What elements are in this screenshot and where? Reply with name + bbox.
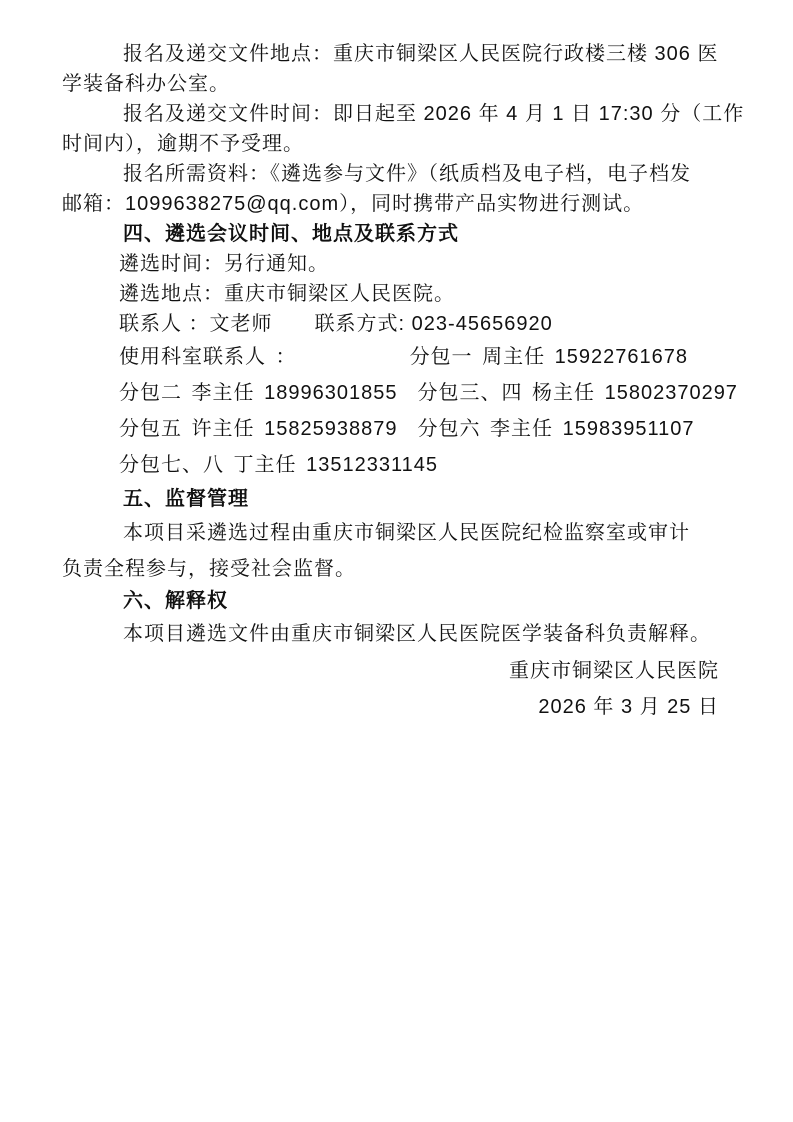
package-2-contact: 分包二 李主任 18996301855: [119, 382, 397, 404]
dept-contact-row: 分包五 许主任 15825938879分包六 李主任 15983951107: [62, 411, 735, 447]
required-materials-line-2: 邮箱：1099638275@qq.com），同时携带产品实物进行测试。: [62, 189, 735, 219]
section-4-heading: 四、遴选会议时间、地点及联系方式: [62, 219, 735, 249]
package-6-contact: 分包六 李主任 15983951107: [417, 418, 694, 440]
selection-time: 遴选时间：另行通知。: [62, 249, 735, 279]
submission-location-line-2: 学装备科办公室。: [62, 69, 735, 99]
dept-contact-row: 使用科室联系人 ：分包一 周主任 15922761678: [62, 339, 735, 375]
contact-method: 联系方式: 023-45656920: [315, 313, 553, 335]
section-5-heading: 五、监督管理: [62, 483, 735, 515]
required-materials-line-1: 报名所需资料：《遴选参与文件》（纸质档及电子档，电子档发: [62, 159, 735, 189]
dept-contact-label: 使用科室联系人 ：: [119, 346, 297, 368]
selection-place: 遴选地点：重庆市铜梁区人民医院。: [62, 279, 735, 309]
section-6-body: 本项目遴选文件由重庆市铜梁区人民医院医学装备科负责解释。: [62, 615, 735, 653]
submission-location-line-1: 报名及递交文件地点：重庆市铜梁区人民医院行政楼三楼 306 医: [62, 39, 735, 69]
section-6-heading: 六、解释权: [62, 587, 735, 615]
contact-person: 联系人 ：文老师: [119, 313, 273, 335]
section-5-body-line-1: 本项目采遴选过程由重庆市铜梁区人民医院纪检监察室或审计: [62, 515, 735, 551]
contact-line: 联系人 ：文老师联系方式: 023-45656920: [62, 309, 735, 339]
package-3-4-contact: 分包三、四 杨主任 15802370297: [417, 382, 737, 404]
section-5-body-line-2: 负责全程参与，接受社会监督。: [62, 551, 735, 587]
submission-time-line-1: 报名及递交文件时间：即日起至 2026 年 4 月 1 日 17:30 分（工作: [62, 99, 735, 129]
package-7-8-contact: 分包七、八 丁主任 13512331145: [119, 454, 438, 476]
signature-organization: 重庆市铜梁区人民医院: [62, 653, 735, 689]
document-page: 报名及递交文件地点：重庆市铜梁区人民医院行政楼三楼 306 医 学装备科办公室。…: [0, 0, 793, 1122]
dept-contact-row: 分包七、八 丁主任 13512331145: [62, 447, 735, 483]
package-5-contact: 分包五 许主任 15825938879: [119, 418, 397, 440]
signature-date: 2026 年 3 月 25 日: [62, 689, 735, 725]
package-1-contact: 分包一 周主任 15922761678: [410, 346, 688, 368]
submission-time-line-2: 时间内），逾期不予受理。: [62, 129, 735, 159]
dept-contact-row: 分包二 李主任 18996301855分包三、四 杨主任 15802370297: [62, 375, 735, 411]
